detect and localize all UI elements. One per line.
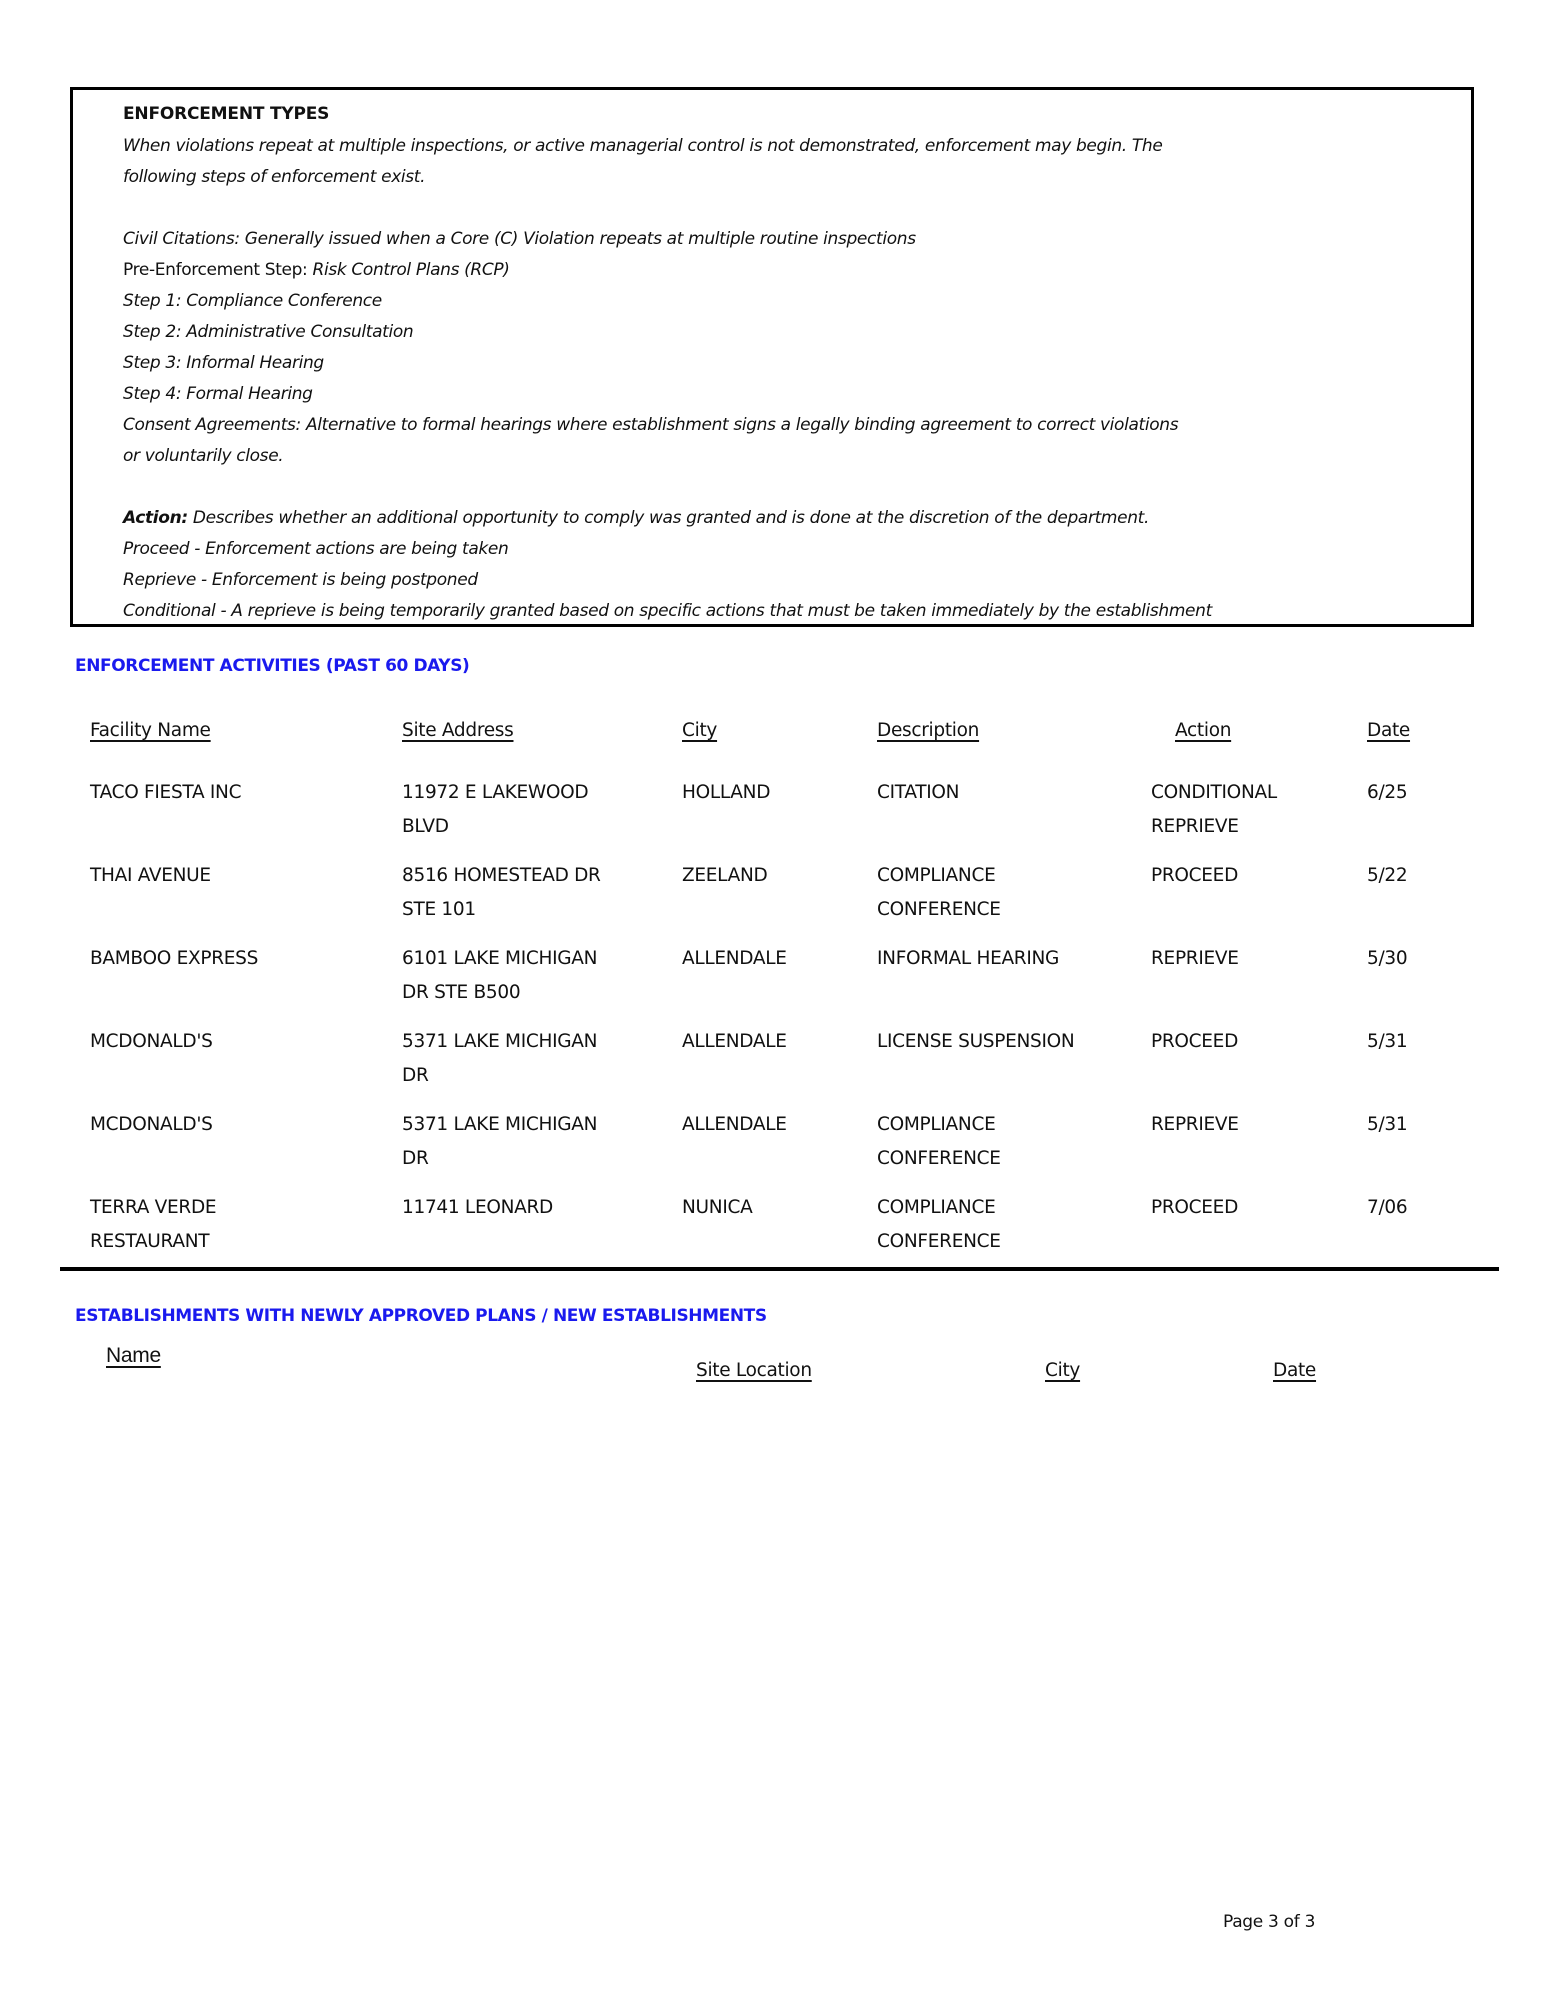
page-number: Page 3 of 3 [1223, 1912, 1315, 1932]
cell-line: PROCEED [1151, 1191, 1238, 1225]
cell-action: PROCEED [1151, 1191, 1238, 1225]
cell-line: DR [402, 1059, 597, 1093]
cell-facility: BAMBOO EXPRESS [90, 942, 258, 976]
cell-address: 8516 HOMESTEAD DRSTE 101 [402, 859, 601, 927]
step-1: Step 1: Compliance Conference [123, 291, 382, 311]
cell-line: 6/25 [1367, 776, 1407, 810]
cell-city: ALLENDALE [682, 1108, 787, 1142]
intro-line-2: following steps of enforcement exist. [123, 167, 425, 187]
cell-line: CONFERENCE [877, 1225, 1001, 1259]
col-site-location: Site Location [696, 1360, 812, 1381]
cell-line: 11741 LEONARD [402, 1191, 553, 1225]
cell-action: REPRIEVE [1151, 1108, 1239, 1142]
cell-line: CITATION [877, 776, 959, 810]
cell-line: 5371 LAKE MICHIGAN [402, 1108, 597, 1142]
step-3: Step 3: Informal Hearing [123, 353, 324, 373]
pre-enforcement-value: Risk Control Plans (RCP) [313, 260, 510, 280]
cell-line: 8516 HOMESTEAD DR [402, 859, 601, 893]
cell-line: BLVD [402, 810, 588, 844]
cell-city: ALLENDALE [682, 942, 787, 976]
cell-date: 5/30 [1367, 942, 1407, 976]
action-text: Describes whether an additional opportun… [188, 508, 1149, 528]
cell-line: PROCEED [1151, 859, 1238, 893]
col-city: City [1045, 1360, 1080, 1381]
cell-description: COMPLIANCECONFERENCE [877, 1108, 1001, 1176]
cell-line: CONFERENCE [877, 893, 1001, 927]
cell-line: REPRIEVE [1151, 1108, 1239, 1142]
cell-line: REPRIEVE [1151, 942, 1239, 976]
cell-address: 11972 E LAKEWOODBLVD [402, 776, 588, 844]
cell-date: 5/31 [1367, 1108, 1407, 1142]
cell-line: ALLENDALE [682, 1025, 787, 1059]
table-bottom-rule [60, 1267, 1499, 1271]
cell-line: ALLENDALE [682, 1108, 787, 1142]
cell-facility: MCDONALD'S [90, 1025, 213, 1059]
cell-city: ZEELAND [682, 859, 767, 893]
cell-line: COMPLIANCE [877, 1191, 1001, 1225]
cell-facility: THAI AVENUE [90, 859, 211, 893]
cell-line: TERRA VERDE [90, 1191, 216, 1225]
action-explanation: Action: Describes whether an additional … [123, 508, 1149, 528]
cell-line: TACO FIESTA INC [90, 776, 241, 810]
cell-line: 6101 LAKE MICHIGAN [402, 942, 597, 976]
consent-line-1: Consent Agreements: Alternative to forma… [123, 415, 1178, 435]
cell-date: 7/06 [1367, 1191, 1407, 1225]
cell-city: HOLLAND [682, 776, 770, 810]
cell-address: 5371 LAKE MICHIGANDR [402, 1025, 597, 1093]
pre-enforcement-label: Pre-Enforcement Step: [123, 260, 313, 280]
cell-facility: MCDONALD'S [90, 1108, 213, 1142]
cell-line: DR STE B500 [402, 976, 597, 1010]
cell-line: LICENSE SUSPENSION [877, 1025, 1074, 1059]
cell-line: PROCEED [1151, 1025, 1238, 1059]
action-label: Action: [123, 508, 188, 528]
col-site-address: Site Address [402, 720, 513, 741]
cell-line: ZEELAND [682, 859, 767, 893]
enforcement-activities-heading: ENFORCEMENT ACTIVITIES (PAST 60 DAYS) [75, 656, 469, 676]
cell-line: DR [402, 1142, 597, 1176]
col-date: Date [1273, 1360, 1316, 1381]
cell-line: THAI AVENUE [90, 859, 211, 893]
cell-line: MCDONALD'S [90, 1108, 213, 1142]
cell-line: RESTAURANT [90, 1225, 216, 1259]
col-description: Description [877, 720, 979, 741]
enforcement-types-title: ENFORCEMENT TYPES [123, 104, 329, 124]
cell-line: COMPLIANCE [877, 1108, 1001, 1142]
cell-line: 5/31 [1367, 1108, 1407, 1142]
cell-line: CONFERENCE [877, 1142, 1001, 1176]
cell-line: CONDITIONAL [1151, 776, 1277, 810]
cell-line: ALLENDALE [682, 942, 787, 976]
cell-line: HOLLAND [682, 776, 770, 810]
cell-action: PROCEED [1151, 859, 1238, 893]
cell-facility: TERRA VERDERESTAURANT [90, 1191, 216, 1259]
consent-line-2: or voluntarily close. [123, 446, 283, 466]
cell-line: 7/06 [1367, 1191, 1407, 1225]
cell-line: 5/22 [1367, 859, 1407, 893]
cell-line: BAMBOO EXPRESS [90, 942, 258, 976]
cell-description: COMPLIANCECONFERENCE [877, 859, 1001, 927]
cell-line: NUNICA [682, 1191, 752, 1225]
cell-line: 5/30 [1367, 942, 1407, 976]
cell-line: COMPLIANCE [877, 859, 1001, 893]
cell-address: 5371 LAKE MICHIGANDR [402, 1108, 597, 1176]
cell-description: CITATION [877, 776, 959, 810]
col-city: City [682, 720, 717, 741]
cell-city: NUNICA [682, 1191, 752, 1225]
intro-line-1: When violations repeat at multiple inspe… [123, 136, 1162, 156]
cell-date: 5/31 [1367, 1025, 1407, 1059]
cell-city: ALLENDALE [682, 1025, 787, 1059]
cell-line: STE 101 [402, 893, 601, 927]
cell-address: 6101 LAKE MICHIGANDR STE B500 [402, 942, 597, 1010]
cell-line: 11972 E LAKEWOOD [402, 776, 588, 810]
cell-line: 5/31 [1367, 1025, 1407, 1059]
cell-date: 5/22 [1367, 859, 1407, 893]
action-def-conditional: Conditional - A reprieve is being tempor… [123, 601, 1212, 621]
step-2: Step 2: Administrative Consultation [123, 322, 413, 342]
cell-description: INFORMAL HEARING [877, 942, 1059, 976]
col-action: Action [1175, 720, 1231, 741]
pre-enforcement-line: Pre-Enforcement Step: Risk Control Plans… [123, 260, 510, 280]
col-facility-name: Facility Name [90, 720, 211, 741]
col-date: Date [1367, 720, 1410, 741]
cell-line: MCDONALD'S [90, 1025, 213, 1059]
cell-line: REPRIEVE [1151, 810, 1277, 844]
cell-description: LICENSE SUSPENSION [877, 1025, 1074, 1059]
cell-line: 5371 LAKE MICHIGAN [402, 1025, 597, 1059]
action-def-reprieve: Reprieve - Enforcement is being postpone… [123, 570, 478, 590]
cell-description: COMPLIANCECONFERENCE [877, 1191, 1001, 1259]
cell-date: 6/25 [1367, 776, 1407, 810]
new-establishments-heading: ESTABLISHMENTS WITH NEWLY APPROVED PLANS… [75, 1306, 767, 1326]
cell-action: REPRIEVE [1151, 942, 1239, 976]
cell-action: PROCEED [1151, 1025, 1238, 1059]
col-name: Name [106, 1344, 161, 1368]
cell-line: INFORMAL HEARING [877, 942, 1059, 976]
cell-action: CONDITIONALREPRIEVE [1151, 776, 1277, 844]
action-def-proceed: Proceed - Enforcement actions are being … [123, 539, 508, 559]
cell-address: 11741 LEONARD [402, 1191, 553, 1225]
civil-citations-line: Civil Citations: Generally issued when a… [123, 229, 916, 249]
enforcement-types-box: ENFORCEMENT TYPES When violations repeat… [70, 87, 1474, 627]
step-4: Step 4: Formal Hearing [123, 384, 313, 404]
cell-facility: TACO FIESTA INC [90, 776, 241, 810]
